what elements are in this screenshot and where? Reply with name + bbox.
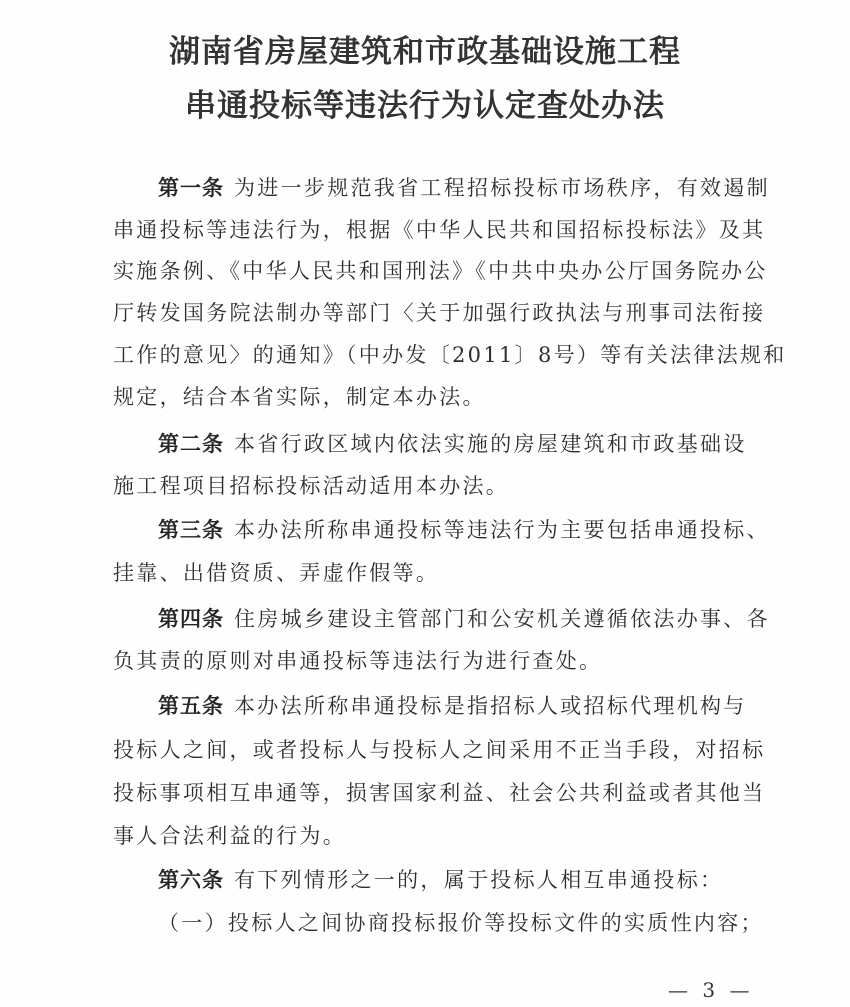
- article-text: 本办法所称串通投标等违法行为主要包括串通投标、: [234, 518, 770, 542]
- article-5-line-3: 投标事项相互串通等，损害国家利益、社会公共利益或者其他当: [113, 779, 773, 807]
- article-label: 第四条: [158, 607, 224, 631]
- article-text: 本办法所称串通投标是指招标人或招标代理机构与: [234, 694, 747, 718]
- page-number: — 3 —: [668, 978, 753, 1002]
- article-label: 第二条: [158, 432, 224, 456]
- article-1-line-6: 规定，结合本省实际，制定本办法。: [113, 383, 773, 411]
- article-1-line-4: 厅转发国务院法制办等部门〈关于加强行政执法与刑事司法衔接: [113, 299, 773, 327]
- article-label: 第一条: [158, 176, 224, 200]
- article-5-line-1: 第五条本办法所称串通投标是指招标人或招标代理机构与: [158, 692, 818, 720]
- article-1-line-3: 实施条例、《中华人民共和国刑法》《中共中央办公厅国务院办公: [113, 257, 773, 285]
- article-1-line-1: 第一条为进一步规范我省工程招标投标市场秩序，有效遏制: [158, 174, 818, 202]
- article-2-line-2: 施工程项目招标投标活动适用本办法。: [113, 472, 773, 500]
- article-text: 有下列情形之一的，属于投标人相互串通投标：: [234, 868, 723, 892]
- list-item-1: （一）投标人之间协商投标报价等投标文件的实质性内容；: [158, 909, 818, 937]
- article-label: 第三条: [158, 518, 224, 542]
- article-text: 为进一步规范我省工程招标投标市场秩序，有效遏制: [234, 176, 770, 200]
- article-text: 住房城乡建设主管部门和公安机关遵循依法办事、各: [234, 607, 770, 631]
- article-1-line-2: 串通投标等违法行为，根据《中华人民共和国招标投标法》及其: [113, 216, 773, 244]
- article-4-line-2: 负其责的原则对串通投标等违法行为进行查处。: [113, 647, 773, 675]
- article-1-line-5: 工作的意见〉的通知》（中办发〔2011〕8号）等有关法律法规和: [113, 341, 773, 369]
- article-text: 本省行政区域内依法实施的房屋建筑和市政基础设: [234, 432, 747, 456]
- article-5-line-4: 事人合法利益的行为。: [113, 822, 773, 850]
- article-6-line-1: 第六条有下列情形之一的，属于投标人相互串通投标：: [158, 866, 818, 894]
- article-label: 第五条: [158, 694, 224, 718]
- article-label: 第六条: [158, 868, 224, 892]
- article-3-line-1: 第三条本办法所称串通投标等违法行为主要包括串通投标、: [158, 516, 818, 544]
- document-page: 湖南省房屋建筑和市政基础设施工程 串通投标等违法行为认定查处办法 第一条为进一步…: [0, 0, 850, 1007]
- document-title-line-1: 湖南省房屋建筑和市政基础设施工程: [0, 26, 850, 71]
- article-5-line-2: 投标人之间，或者投标人与投标人之间采用不正当手段，对招标: [113, 736, 773, 764]
- document-title-line-2: 串通投标等违法行为认定查处办法: [0, 80, 850, 125]
- article-2-line-1: 第二条本省行政区域内依法实施的房屋建筑和市政基础设: [158, 430, 818, 458]
- article-4-line-1: 第四条住房城乡建设主管部门和公安机关遵循依法办事、各: [158, 605, 818, 633]
- article-3-line-2: 挂靠、出借资质、弄虚作假等。: [113, 559, 773, 587]
